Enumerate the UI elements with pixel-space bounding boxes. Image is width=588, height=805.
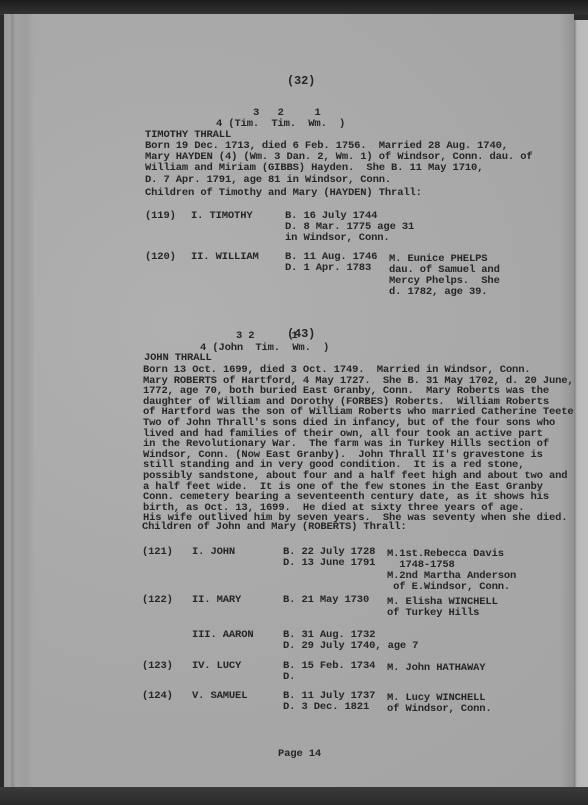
page-label: Page 14 — [278, 748, 321, 760]
biography-line: William and Miriam (GIBBS) Hayden. She B… — [145, 162, 483, 174]
child-number: (119) — [145, 210, 176, 222]
scanner-top-border — [0, 0, 588, 15]
child-spouse: of Turkey Hills — [387, 607, 479, 619]
page-binding-edge — [4, 14, 34, 788]
children-heading: Children of John and Mary (ROBERTS) Thra… — [142, 521, 407, 533]
person-name: JOHN THRALL — [144, 352, 212, 364]
child-dates: D. 1 Apr. 1783 — [285, 262, 371, 274]
child-spouse: d. 1782, age 39. — [389, 286, 487, 298]
scanner-bottom-border — [0, 787, 588, 805]
child-name: IV. LUCY — [192, 660, 241, 672]
child-name: V. SAMUEL — [192, 690, 247, 702]
biography-line: Born 19 Dec. 1713, died 6 Feb. 1756. Mar… — [145, 140, 508, 152]
child-spouse: M. John HATHAWAY — [387, 662, 485, 674]
child-name: I. TIMOTHY — [191, 210, 253, 222]
child-dates: D. 3 Dec. 1821 — [283, 701, 369, 713]
child-name: II. MARY — [192, 594, 241, 606]
child-dates: D. 29 July 1740, age 7 — [283, 640, 418, 652]
child-spouse: of E.Windsor, Conn. — [387, 581, 510, 593]
children-heading: Children of Timothy and Mary (HAYDEN) Th… — [145, 187, 422, 199]
child-dates: in Windsor, Conn. — [285, 232, 390, 244]
child-number: (121) — [142, 546, 173, 558]
biography-line: D. 7 Apr. 1791, age 81 in Windsor, Conn. — [145, 174, 391, 186]
entry-number: (32) — [287, 75, 315, 87]
lineage: 4 (John Tim. Wm. ) — [200, 342, 329, 354]
child-dates: D. — [283, 671, 295, 683]
child-spouse: of Windsor, Conn. — [387, 703, 492, 715]
next-page-edge — [574, 20, 588, 788]
child-number: (120) — [145, 251, 176, 263]
lineage-superscripts: 3 2 1 — [236, 330, 298, 342]
child-dates: B. 21 May 1730 — [283, 594, 369, 606]
child-name: II. WILLIAM — [191, 251, 259, 263]
child-number: (122) — [142, 594, 173, 606]
lineage: 4 (Tim. Tim. Wm. ) — [216, 118, 345, 130]
child-number: (123) — [142, 660, 173, 672]
child-name: III. AARON — [192, 629, 254, 641]
child-dates: B. 15 Feb. 1734 — [283, 660, 375, 672]
page-shadow — [560, 14, 574, 788]
child-number: (124) — [142, 690, 173, 702]
child-name: I. JOHN — [192, 546, 235, 558]
child-dates: D. 13 June 1791 — [283, 557, 375, 569]
biography-line: Mary HAYDEN (4) (Wm. 3 Dan. 2, Wm. 1) of… — [145, 151, 533, 163]
